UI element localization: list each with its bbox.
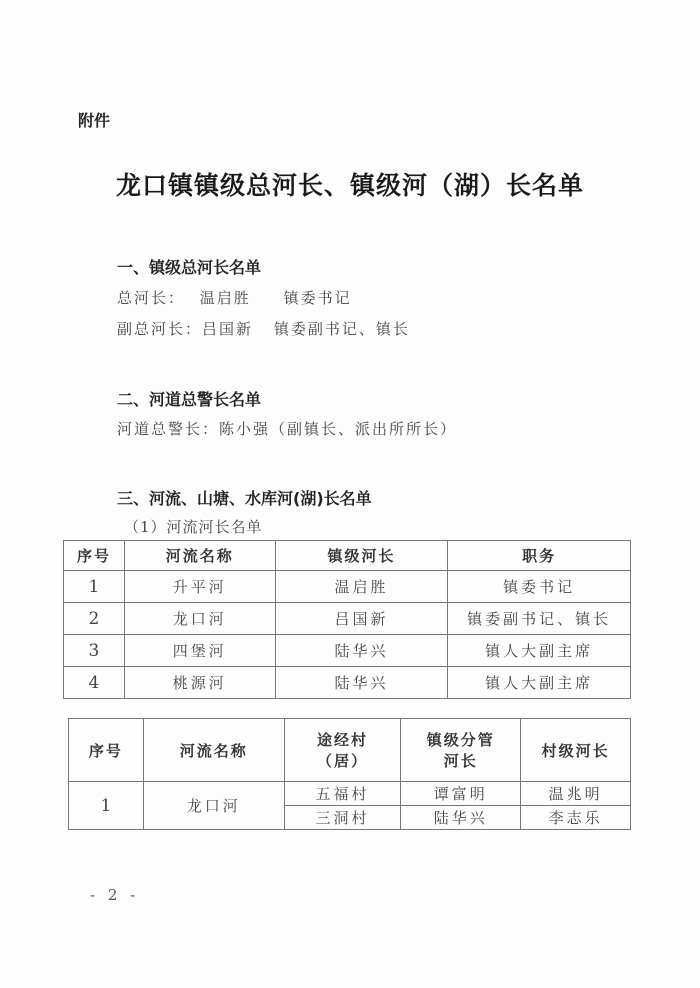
cell-village: 三洞村 [284,806,401,830]
role-label: 副总河长： [117,320,202,338]
person-name: 吕国新 [202,320,253,338]
section2-heading: 二、河道总警长名单 [117,387,261,410]
cell-river-name: 龙口河 [143,782,284,830]
header-index: 序号 [64,541,125,571]
cell-index: 2 [64,603,125,635]
cell-village: 五福村 [284,782,401,806]
header-index: 序号 [69,719,144,782]
table-header-row: 序号 河流名称 途经村 （居） 镇级分管 河长 村级河长 [69,719,631,782]
cell-position: 镇委书记 [448,571,631,603]
cell-town-leader: 陆华兴 [401,806,521,830]
header-village-leader: 村级河长 [521,719,631,782]
table-row: 1 龙口河 五福村 谭富明 温兆明 [69,782,631,806]
cell-index: 1 [69,782,144,830]
attachment-label: 附件 [78,108,110,131]
table-header-row: 序号 河流名称 镇级河长 职务 [64,541,631,571]
river-leader-table: 序号 河流名称 镇级河长 职务 1 升平河 温启胜 镇委书记 2 龙口河 吕国新… [63,540,631,699]
cell-river-name: 四堡河 [124,635,275,667]
cell-position: 镇人大副主席 [448,635,631,667]
header-line: 镇级分管 [401,729,520,750]
section3-subheading: （1）河流河长名单 [124,516,263,537]
person-name: 温启胜 [200,289,251,307]
cell-position: 镇人大副主席 [448,667,631,699]
header-river-name: 河流名称 [143,719,284,782]
chief-river-leader-line: 总河长： 温启胜 镇委书记 [117,287,352,308]
cell-index: 1 [64,571,125,603]
header-river-name: 河流名称 [124,541,275,571]
cell-town-leader: 陆华兴 [275,667,448,699]
cell-river-name: 桃源河 [124,667,275,699]
cell-river-name: 龙口河 [124,603,275,635]
role-label: 总河长： [117,289,185,307]
table-row: 2 龙口河 吕国新 镇委副书记、镇长 [64,603,631,635]
header-villages: 途经村 （居） [284,719,401,782]
table-row: 4 桃源河 陆华兴 镇人大副主席 [64,667,631,699]
river-police-chief-line: 河道总警长：陈小强（副镇长、派出所所长） [117,418,457,439]
header-line: 途经村 [285,729,401,750]
header-position: 职务 [448,541,631,571]
position: 镇委书记 [284,289,352,307]
cell-town-leader: 温启胜 [275,571,448,603]
header-town-supervisor: 镇级分管 河长 [401,719,521,782]
table-row: 3 四堡河 陆华兴 镇人大副主席 [64,635,631,667]
cell-index: 4 [64,667,125,699]
cell-village-leader: 李志乐 [521,806,631,830]
header-line: （居） [285,750,401,771]
cell-town-leader: 谭富明 [401,782,521,806]
cell-village-leader: 温兆明 [521,782,631,806]
position: 镇委副书记、镇长 [274,320,410,338]
page-number: - 2 - [90,886,139,904]
header-town-leader: 镇级河长 [275,541,448,571]
deputy-chief-river-leader-line: 副总河长：吕国新 镇委副书记、镇长 [117,318,410,339]
cell-town-leader: 吕国新 [275,603,448,635]
cell-position: 镇委副书记、镇长 [448,603,631,635]
cell-town-leader: 陆华兴 [275,635,448,667]
cell-index: 3 [64,635,125,667]
table-row: 1 升平河 温启胜 镇委书记 [64,571,631,603]
header-line: 河长 [401,750,520,771]
document-title: 龙口镇镇级总河长、镇级河（湖）长名单 [0,166,700,202]
village-river-leader-table: 序号 河流名称 途经村 （居） 镇级分管 河长 村级河长 1 龙口河 五福村 谭… [68,718,631,830]
cell-river-name: 升平河 [124,571,275,603]
section3-heading: 三、河流、山塘、水库河(湖)长名单 [117,486,372,509]
section1-heading: 一、镇级总河长名单 [117,255,261,278]
